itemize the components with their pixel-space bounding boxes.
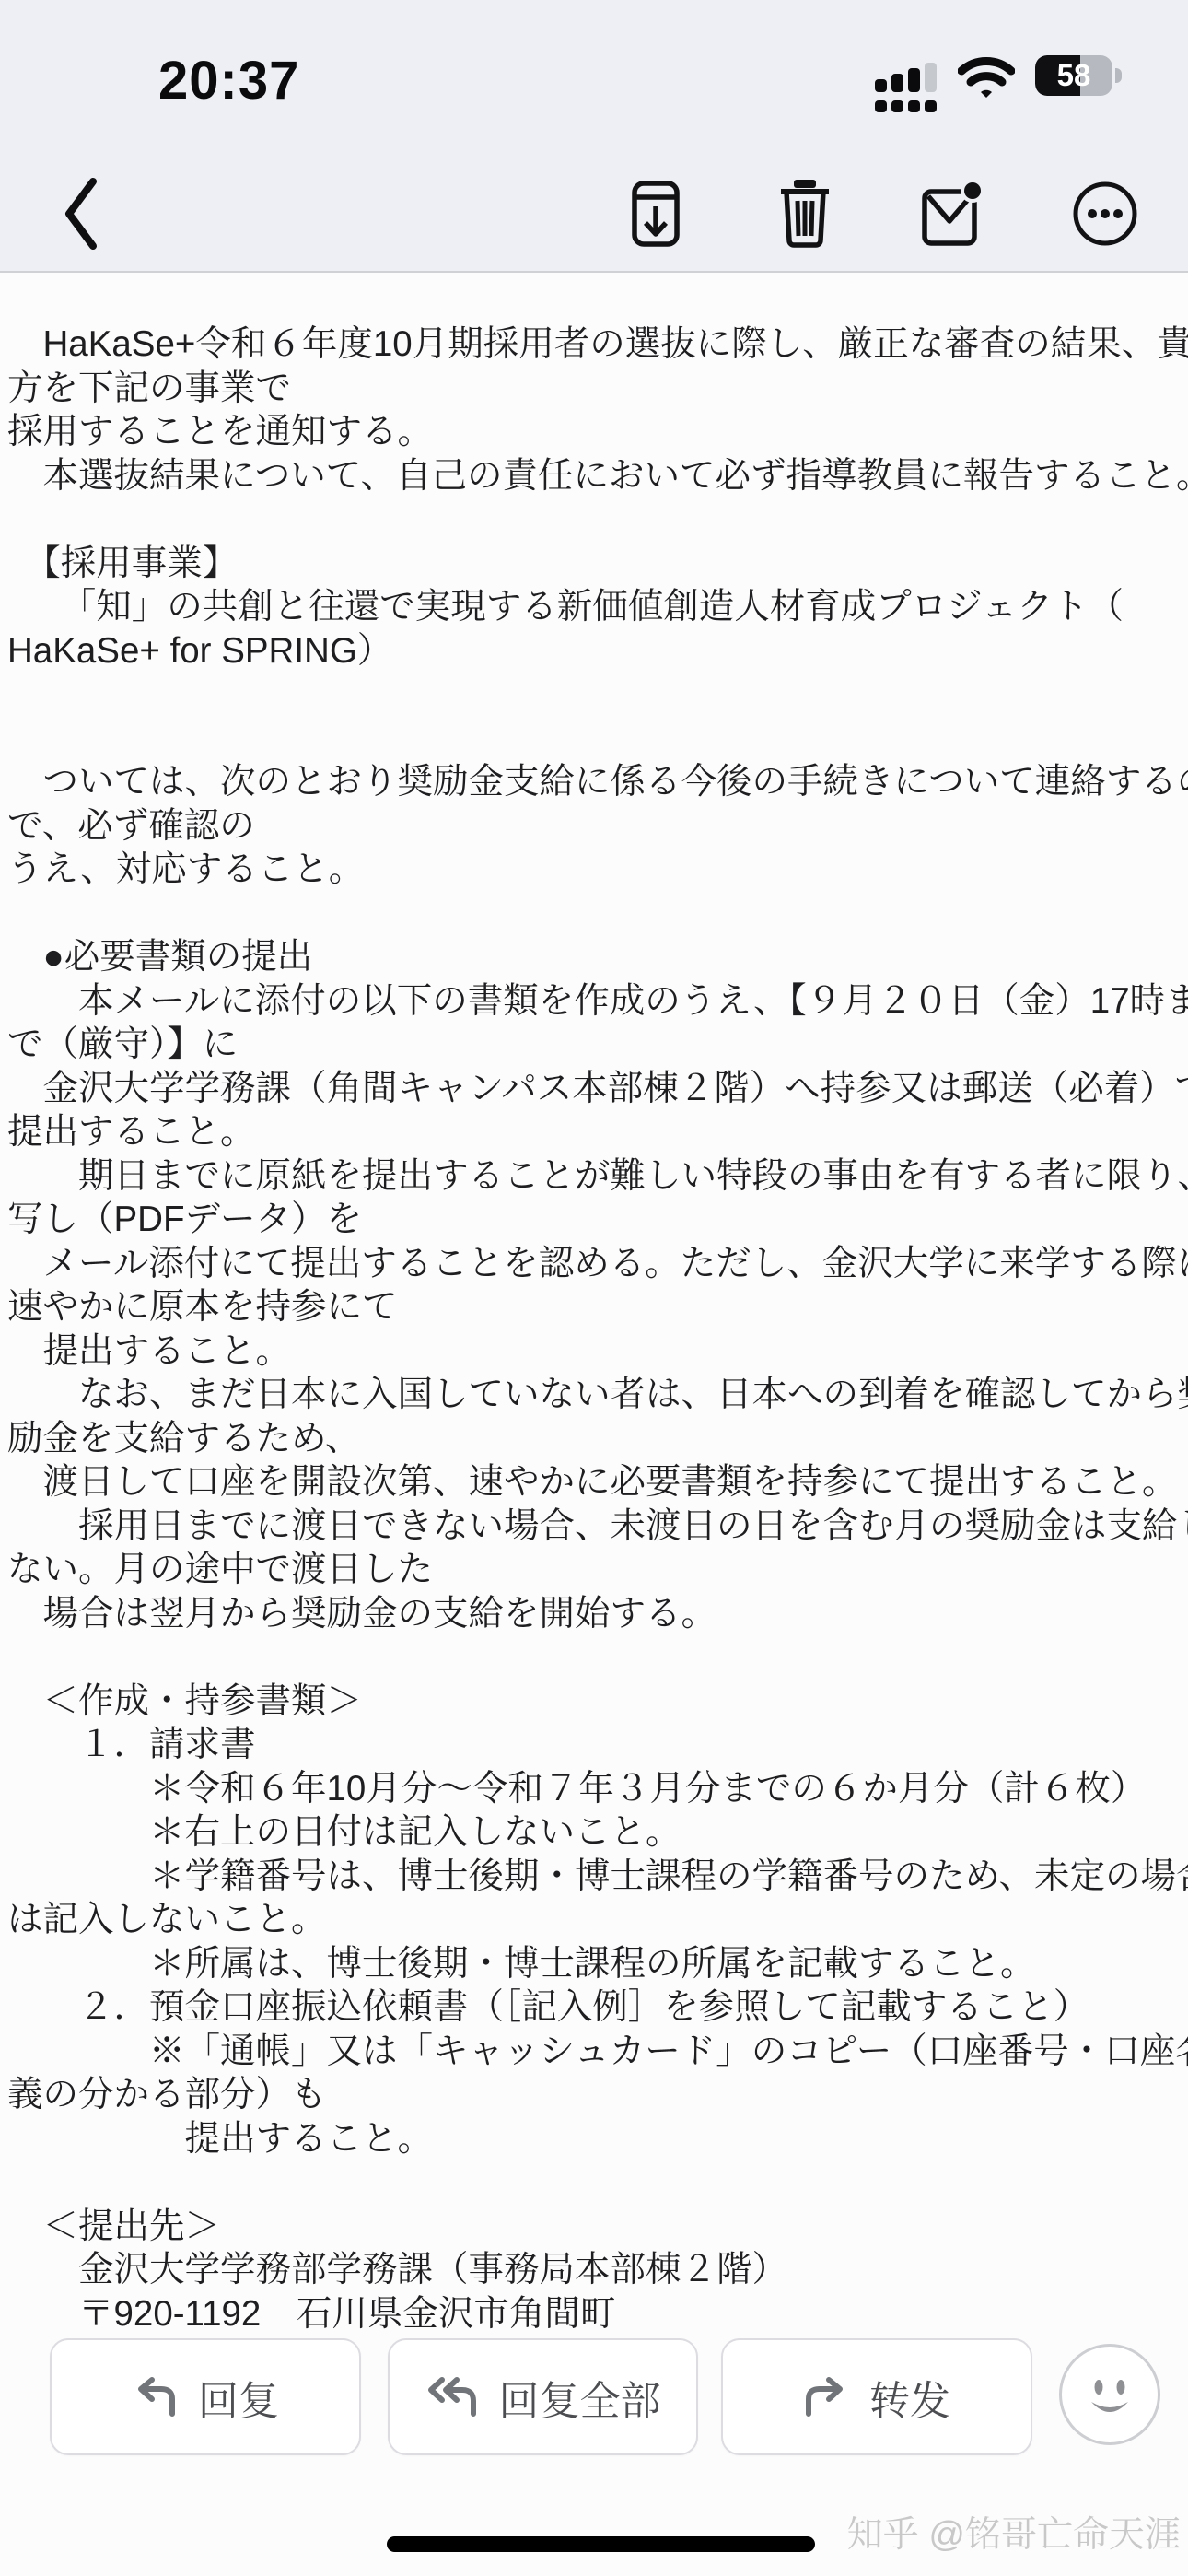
email-body-line: 励金を支給するため、: [7, 1417, 1181, 1461]
email-body-line: [7, 2160, 1181, 2205]
email-body-line: 「知」の共創と往還で実現する新価値創造人材育成プロジェクト（: [7, 585, 1181, 629]
email-body-line: [7, 673, 1181, 717]
status-icons: 58: [875, 53, 1112, 112]
email-body-line: は記入しないこと。: [7, 1898, 1181, 1942]
email-body-line: 金沢大学学務部学務課（事務局本部棟２階）: [7, 2248, 1181, 2292]
home-indicator[interactable]: [387, 2536, 815, 2552]
status-and-toolbar-chrome: 20:37: [0, 0, 1188, 273]
email-body-line: なお、まだ日本に入国していない者は、日本への到着を確認してから奨: [7, 1373, 1181, 1417]
reply-all-label: 回复全部: [499, 2368, 661, 2427]
forward-arrow-icon: [803, 2377, 849, 2418]
email-body-line: [7, 717, 1181, 761]
email-body-line: ＊令和６年10月分～令和７年３月分までの６か月分（計６枚）: [7, 1767, 1181, 1811]
email-body-line: 本メールに添付の以下の書類を作成のうえ、【９月２０日（金）17時ま: [7, 979, 1181, 1024]
email-body[interactable]: HaKaSe+令和６年度10月期採用者の選抜に際し、厳正な審査の結果、貴方を下記…: [0, 275, 1188, 2331]
reply-button[interactable]: 回复: [50, 2338, 361, 2455]
watermark: 知乎 @铭哥亡命天涯: [847, 2506, 1181, 2558]
email-body-line: ＜作成・持参書類＞: [7, 1680, 1181, 1724]
email-body-line: ついては、次のとおり奨励金支給に係る今後の手続きについて連絡するの: [7, 760, 1181, 804]
email-body-line: 場合は翌月から奨励金の支給を開始する。: [7, 1592, 1181, 1636]
battery-icon: 58: [1035, 55, 1112, 96]
status-time: 20:37: [158, 50, 299, 111]
emoji-button[interactable]: [1059, 2344, 1160, 2445]
forward-label: 转发: [869, 2368, 950, 2427]
reply-all-button[interactable]: 回复全部: [388, 2338, 698, 2455]
email-body-line: 提出すること。: [7, 2117, 1181, 2161]
email-body-line: 〒920-1192 石川県金沢市角間町: [7, 2292, 1181, 2332]
forward-button[interactable]: 转发: [721, 2338, 1032, 2455]
email-body-line: 【採用事業】: [7, 542, 1181, 586]
reply-label: 回复: [198, 2368, 279, 2427]
email-body-line: ＜提出先＞: [7, 2205, 1181, 2249]
iphone-screen: 20:37: [0, 0, 1188, 2576]
back-button[interactable]: [44, 157, 118, 271]
email-body-line: [7, 498, 1181, 542]
email-body-line: で（厳守）】に: [7, 1023, 1181, 1067]
more-button[interactable]: [1070, 157, 1140, 271]
trash-icon: [778, 180, 832, 248]
email-body-line: ない。月の途中で渡日した: [7, 1548, 1181, 1592]
email-body-line: 採用することを通知する。: [7, 410, 1181, 454]
email-body-line: [7, 1635, 1181, 1680]
battery-percent: 58: [1035, 55, 1112, 96]
email-body-line: １．請求書: [7, 1723, 1181, 1767]
archive-download-icon: [628, 180, 683, 248]
email-body-line: 採用日までに渡日できない場合、未渡日の日を含む月の奨励金は支給し: [7, 1505, 1181, 1549]
email-body-line: 写し（PDFデータ）を: [7, 1198, 1181, 1242]
mail-toolbar: [0, 157, 1188, 271]
email-body-line: で、必ず確認の: [7, 804, 1181, 849]
email-body-line: 義の分かる部分）も: [7, 2073, 1181, 2117]
email-body-line: うえ、対応すること。: [7, 848, 1181, 892]
more-ellipsis-icon: [1072, 181, 1138, 247]
mark-unread-mail-icon: [921, 181, 984, 247]
email-body-line: HaKaSe+令和６年度10月期採用者の選抜に際し、厳正な審査の結果、貴: [7, 322, 1181, 367]
reply-all-arrow-icon: [425, 2377, 479, 2418]
email-body-line: ●必要書類の提出: [7, 935, 1181, 979]
email-body-line: ※「通帳」又は「キャッシュカード」のコピー（口座番号・口座名: [7, 2030, 1181, 2074]
email-body-line: メール添付にて提出することを認める。ただし、金沢大学に来学する際に: [7, 1242, 1181, 1286]
email-body-line: ２．預金口座振込依頼書（［記入例］を参照して記載すること）: [7, 1985, 1181, 2030]
wifi-icon: [958, 57, 1015, 104]
email-body-line: 方を下記の事業で: [7, 367, 1181, 411]
email-body-line: 期日までに原紙を提出することが難しい特段の事由を有する者に限り、: [7, 1154, 1181, 1199]
reply-arrow-icon: [132, 2377, 178, 2418]
archive-button[interactable]: [624, 157, 687, 271]
email-body-line: 提出すること。: [7, 1110, 1181, 1154]
mark-unread-button[interactable]: [919, 157, 985, 271]
back-chevron-icon: [60, 176, 102, 252]
dual-sim-signal-icon: [875, 53, 938, 112]
email-body-line: ＊学籍番号は、博士後期・博士課程の学籍番号のため、未定の場合: [7, 1855, 1181, 1899]
email-body-line: 速やかに原本を持参にて: [7, 1285, 1181, 1329]
email-body-line: 金沢大学学務課（角間キャンパス本部棟２階）へ持参又は郵送（必着）で: [7, 1067, 1181, 1111]
smiley-icon: [1075, 2359, 1145, 2430]
email-body-line: ＊右上の日付は記入しないこと。: [7, 1810, 1181, 1855]
email-body-line: 渡日して口座を開設次第、速やかに必要書類を持参にて提出すること。: [7, 1460, 1181, 1505]
delete-button[interactable]: [774, 157, 836, 271]
email-body-line: 本選抜結果について、自己の責任において必ず指導教員に報告すること。: [7, 454, 1181, 498]
email-body-line: 提出すること。: [7, 1329, 1181, 1374]
email-body-line: HaKaSe+ for SPRING）: [7, 629, 1181, 673]
email-body-line: [7, 892, 1181, 936]
email-body-line: ＊所属は、博士後期・博士課程の所属を記載すること。: [7, 1942, 1181, 1986]
